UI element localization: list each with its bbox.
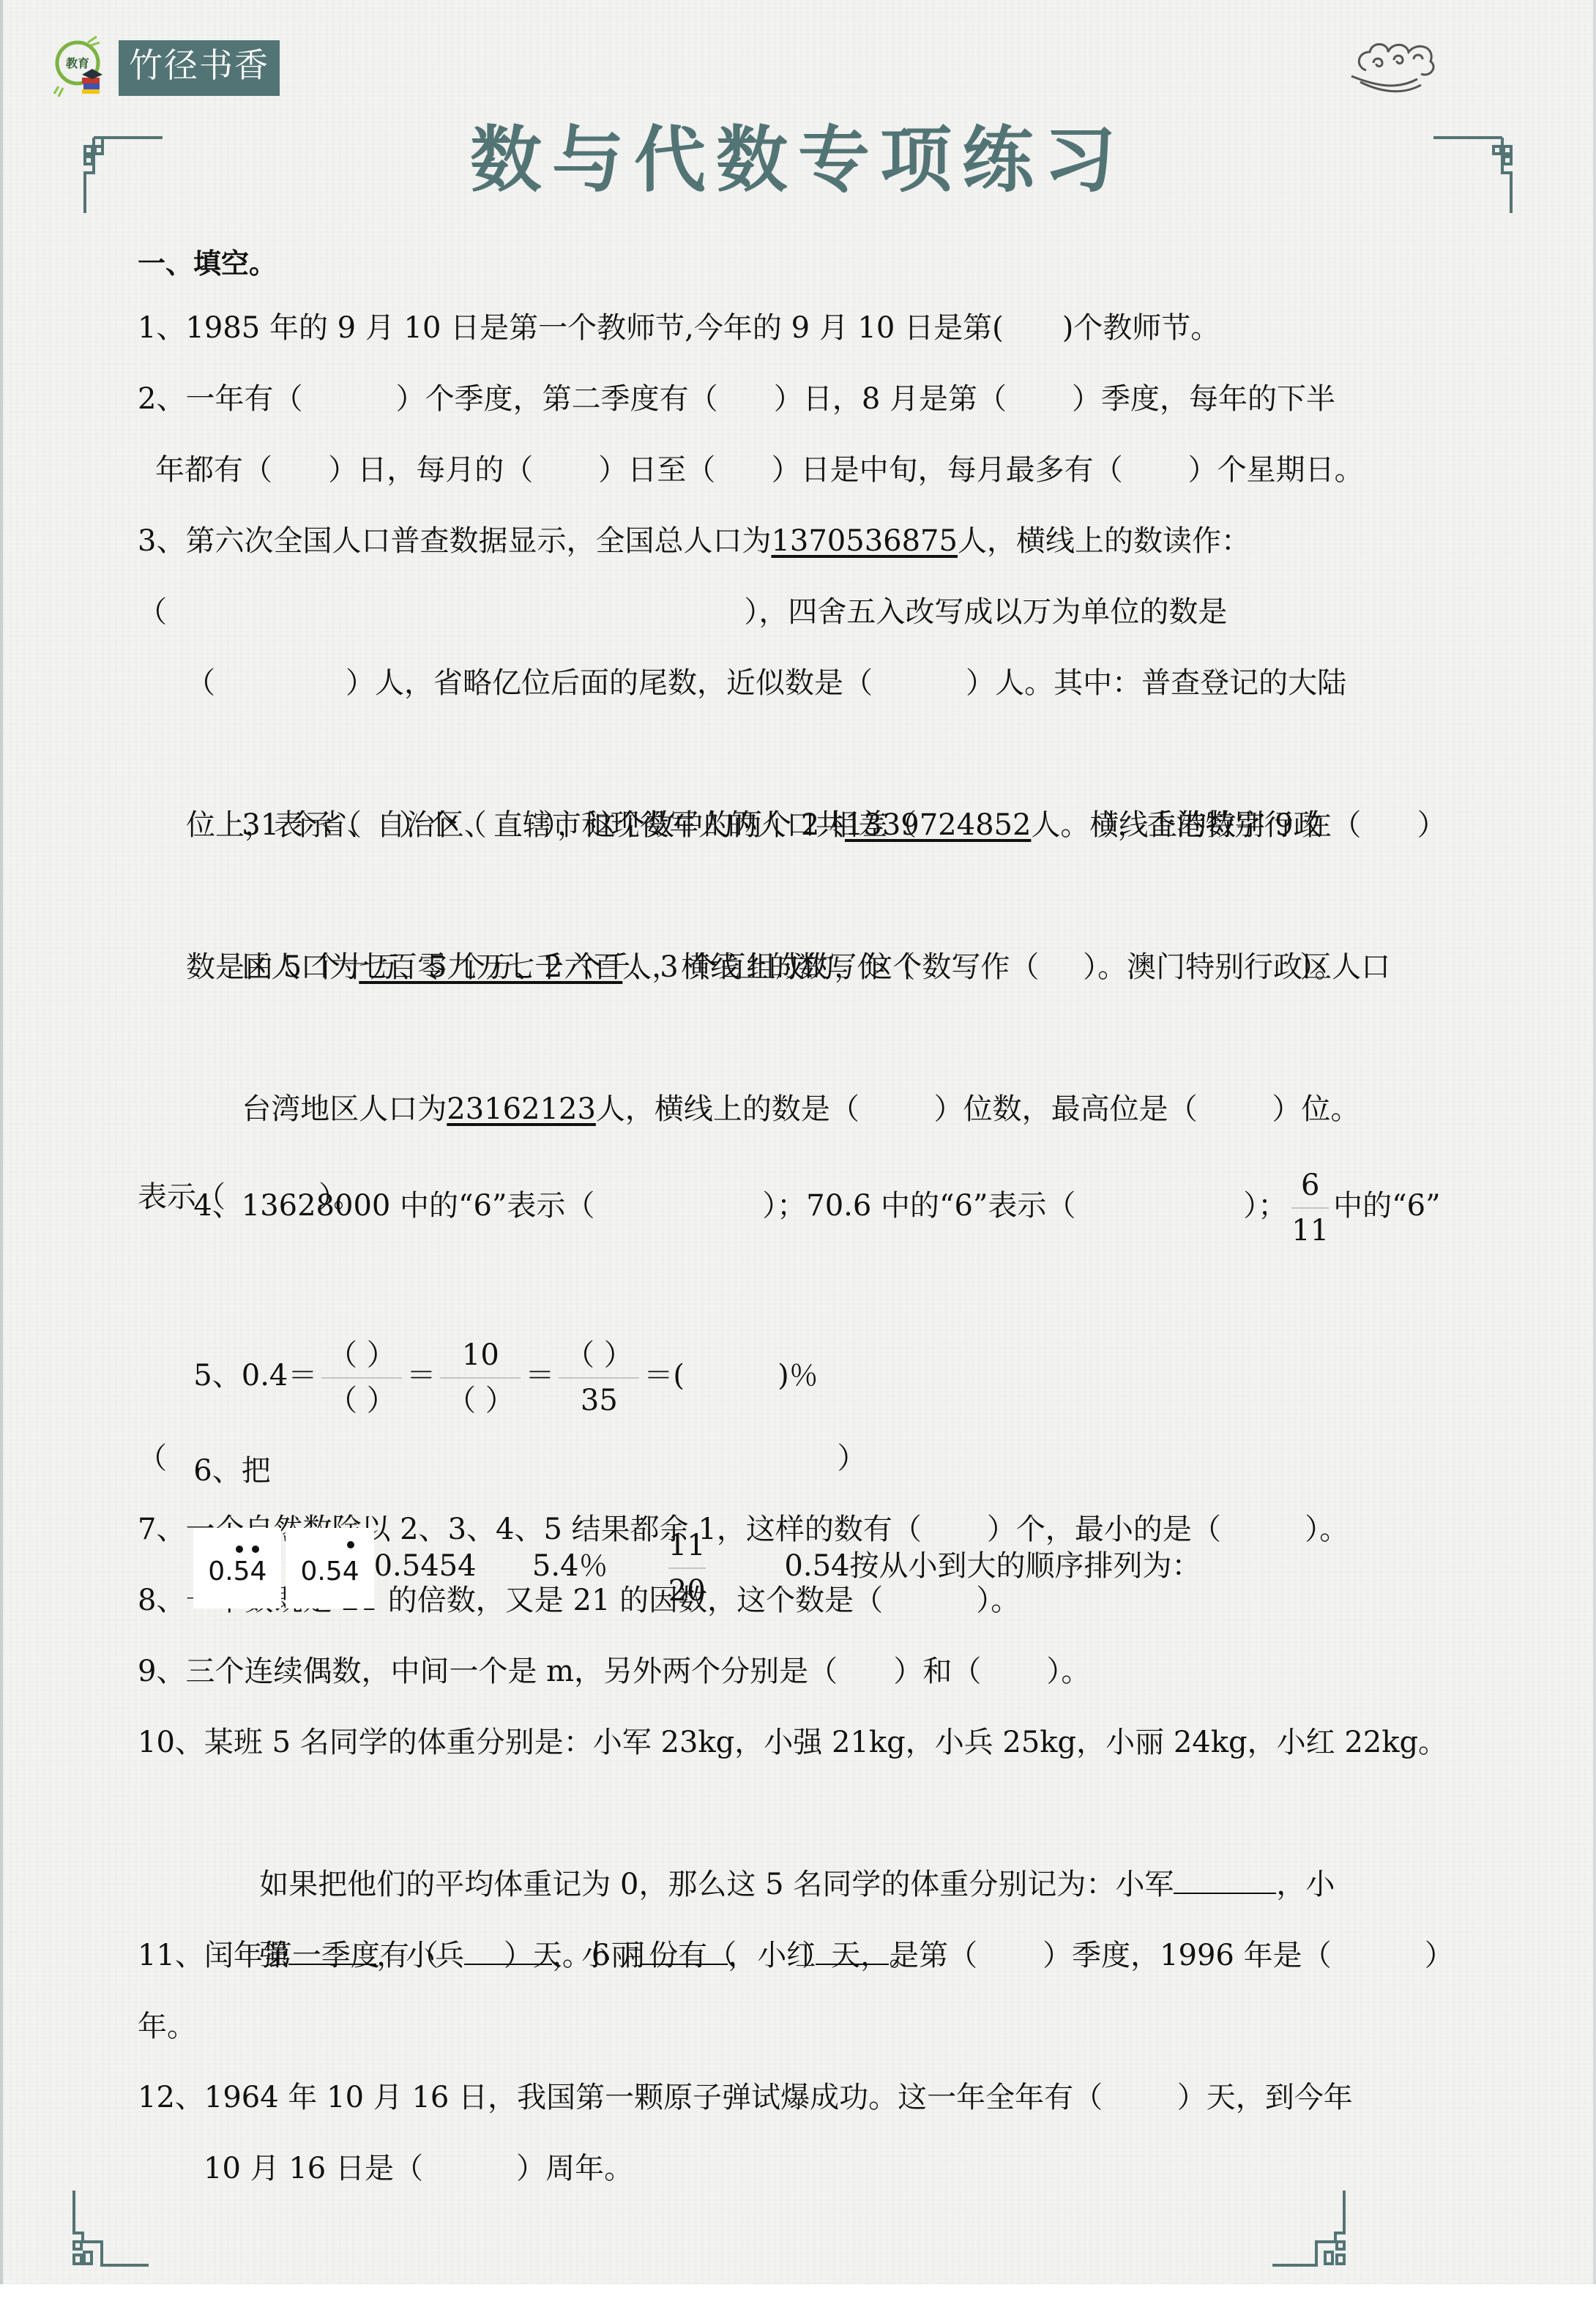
question-4-text-end: 中的“6”	[1333, 1189, 1440, 1223]
repeat-dot-icon	[236, 1546, 243, 1553]
worksheet-content: 一、填空。 1、1985 年的 9 月 10 日是第一个教师节,今年的 9 月 …	[138, 234, 1404, 2204]
question-3-line-7: 数是由 5 个十万、5 个万、2 个千、3 个百组成的，这个数写作（ ）。	[138, 932, 1404, 1003]
question-11-line-1: 11、闰年第一季度有（ ）天。6 月份有（ ）天，是第（ ）季度，1996 年是…	[138, 1920, 1404, 1991]
question-1: 1、1985 年的 9 月 10 日是第一个教师节,今年的 9 月 10 日是第…	[138, 293, 1404, 364]
fraction-numerator[interactable]: （ ）	[559, 1333, 639, 1377]
fraction-blank-1: （ ）（ ）	[321, 1333, 402, 1423]
page-title: 数与代数专项练习	[3, 102, 1593, 206]
underlined-number: 1370536875	[771, 524, 958, 558]
question-3-text: 人，横线上的数是（ ）位数，最高位是（ ）位。	[596, 1092, 1360, 1126]
question-3-text: 台湾地区人口为	[242, 1092, 447, 1126]
question-3-line-1: 3、第六次全国人口普查数据显示，全国总人口为1370536875人，横线上的数读…	[138, 506, 1404, 577]
question-3-line-2: （ ），四舍五入改写成以万为单位的数是	[138, 577, 1404, 648]
repeating-decimal-value: 0.54	[300, 1557, 359, 1587]
question-11-line-2: 年。	[138, 1991, 1404, 2062]
fraction-denominator: 35	[559, 1379, 639, 1423]
question-12-line-1: 12、1964 年 10 月 16 日，我国第一颗原子弹试爆成功。这一年全年有（…	[138, 2062, 1404, 2133]
underlined-number: 23162123	[447, 1092, 596, 1126]
question-10-text: 如果把他们的平均体重记为 0，那么这 5 名同学的体重分别记为：小军	[259, 1868, 1174, 1901]
question-1-text: 1、1985 年的 9 月 10 日是第一个教师节,今年的 9 月 10 日是第…	[138, 311, 1004, 345]
question-5-prefix: 5、0.4＝	[193, 1359, 317, 1393]
repeating-decimal-value: 0.54	[208, 1557, 266, 1587]
brand-header: 教育 竹径书香	[53, 35, 280, 101]
repeat-dot-icon	[347, 1541, 354, 1548]
question-1-text-end: )个教师节。	[1062, 311, 1220, 345]
question-3-line-8: 台湾地区人口为23162123人，横线上的数是（ ）位数，最高位是（ ）位。	[138, 1003, 1404, 1074]
question-3-line-4: 31 个省、自治区、直辖市和现役军人的人口共1339724852人。横线上的数字…	[138, 719, 1404, 790]
fraction-numerator[interactable]: （ ）	[321, 1333, 402, 1377]
question-10-line-2: 如果把他们的平均体重记为 0，那么这 5 名同学的体重分别记为：小军，小	[138, 1778, 1404, 1849]
section-heading: 一、填空。	[138, 234, 1404, 293]
svg-text:教育: 教育	[66, 56, 89, 70]
question-2-line-1: 2、一年有（ ）个季度，第二季度有（ ）日，8 月是第（ ）季度，每年的下半	[138, 364, 1404, 435]
fraction-denominator[interactable]: （ ）	[440, 1379, 521, 1423]
question-10-text: ，小	[1276, 1868, 1335, 1901]
repeating-decimal-054-full: 0.54	[193, 1528, 281, 1608]
fraction-numerator: 10	[440, 1333, 521, 1377]
equals-sign: ＝	[406, 1359, 436, 1393]
fraction-6-11: 611	[1291, 1163, 1329, 1253]
question-10-line-1: 10、某班 5 名同学的体重分别是：小军 23kg，小强 21kg，小兵 25k…	[138, 1707, 1404, 1778]
brand-name: 竹径书香	[119, 40, 280, 96]
fraction-10-blank: 10（ ）	[440, 1333, 521, 1423]
question-3-line-5: 位上，表示（ ）个（ ），这个数中的两个 2 相差（ ），香港特别行政	[138, 790, 1404, 861]
answer-blank-xiaojun[interactable]	[1174, 1869, 1276, 1894]
fraction-numerator: 6	[1291, 1163, 1329, 1207]
question-6-answer-line[interactable]: （ ）	[138, 1423, 1404, 1494]
question-3-line-6: 区人口为七百零九万七千六百人，横线上的数写作（ ）。澳门特别行政区人口	[138, 861, 1404, 932]
worksheet-page: 教育 竹径书香	[0, 0, 1596, 2284]
question-9: 9、三个连续偶数，中间一个是 m，另外两个分别是（ ）和（ ）。	[138, 1636, 1404, 1707]
question-2-line-2: 年都有（ ）日，每月的（ ）日至（ ）日是中旬，每月最多有（ ）个星期日。	[138, 435, 1404, 506]
fraction-denominator[interactable]: （ ）	[321, 1379, 402, 1423]
question-3-text: 人，横线上的数读作：	[958, 524, 1250, 558]
fraction-blank-35: （ ）35	[559, 1333, 639, 1423]
question-3-line-3: （ ）人，省略亿位后面的尾数，近似数是（ ）人。其中：普查登记的大陆	[138, 648, 1404, 719]
fraction-denominator: 11	[1291, 1209, 1329, 1253]
equals-sign: ＝	[525, 1359, 554, 1393]
percent-blank: ＝( )％	[644, 1359, 818, 1393]
repeat-dot-icon	[252, 1546, 259, 1553]
education-logo-icon: 教育	[53, 35, 104, 101]
question-3-text: 3、第六次全国人口普查数据显示，全国总人口为	[138, 524, 771, 558]
repeating-decimal-054-partial: 0.54	[286, 1528, 373, 1608]
question-12-line-2: 10 月 16 日是（ ）周年。	[138, 2133, 1404, 2204]
cloud-ornament-icon	[1344, 34, 1447, 100]
